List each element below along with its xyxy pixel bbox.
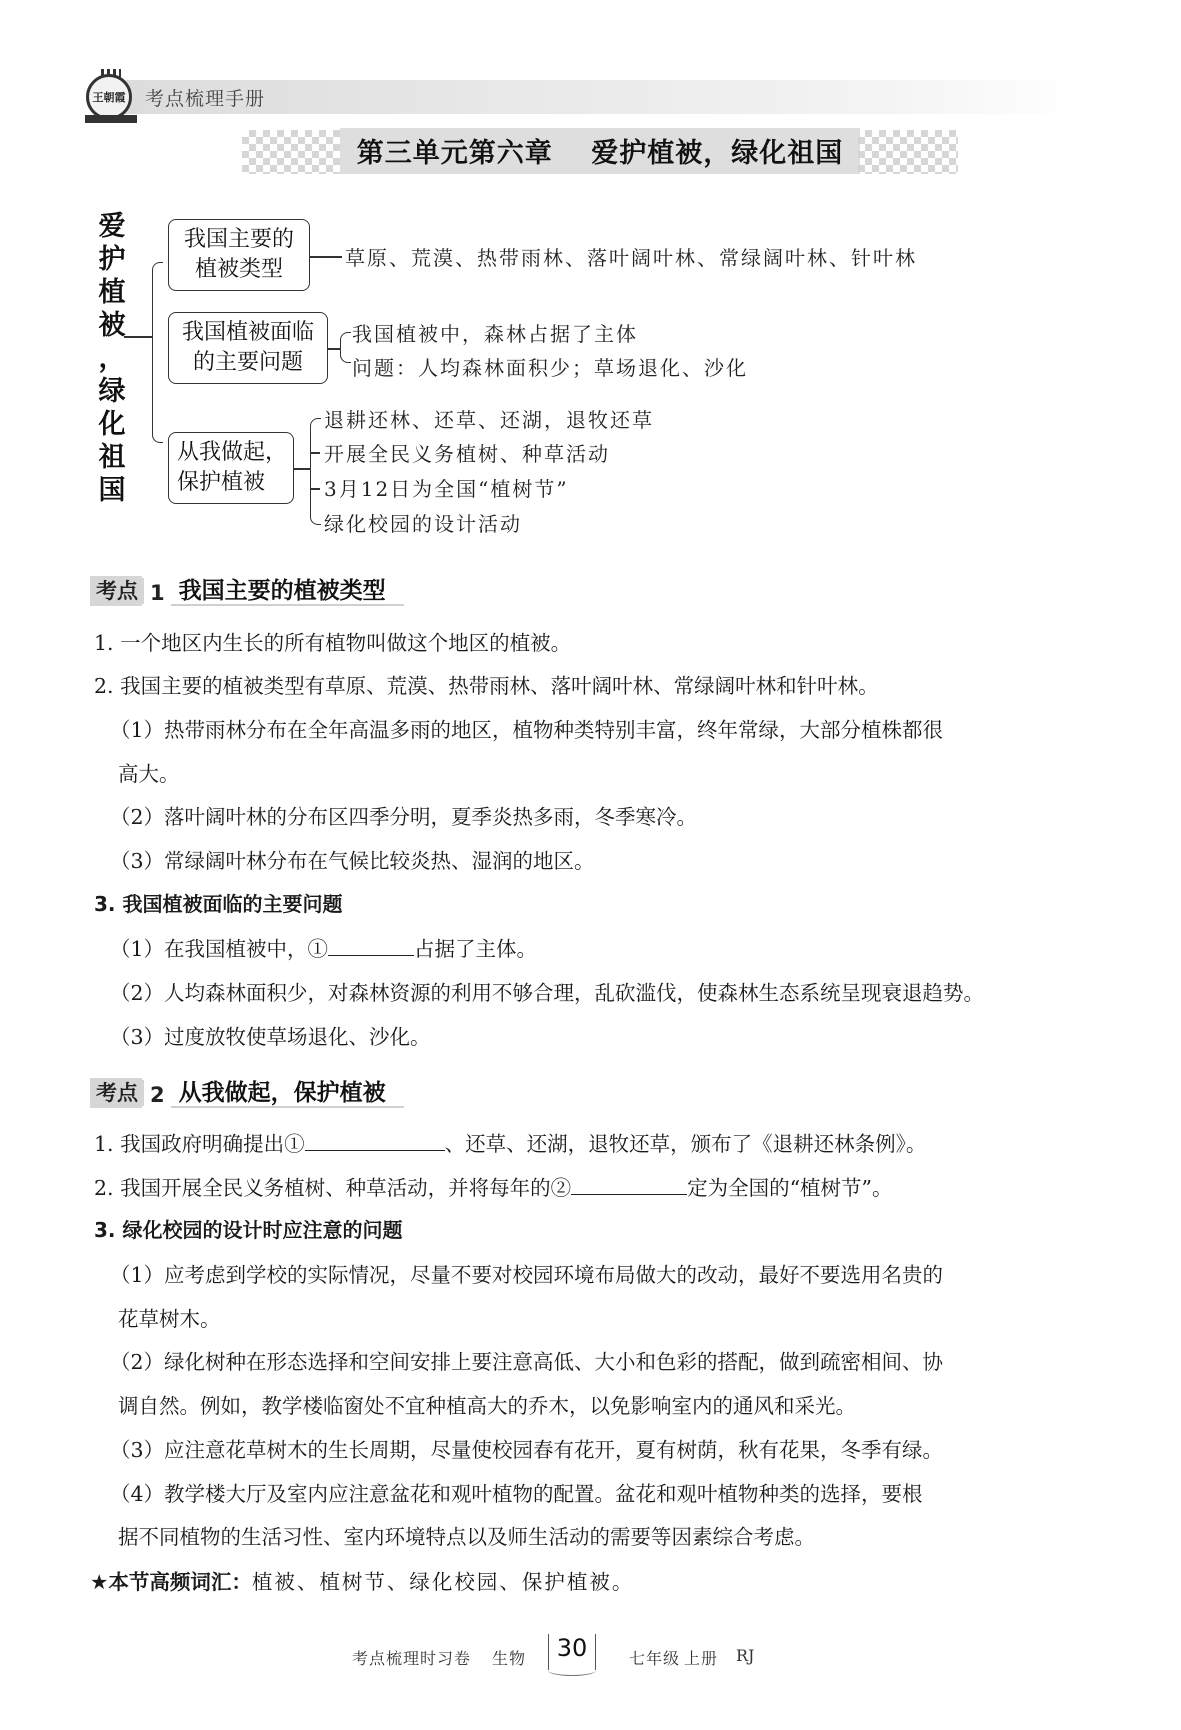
footer-grade: 七年级 bbox=[629, 1646, 680, 1669]
mindmap-root-title: 爱 护 植 被 ， 绿 化 祖 国 bbox=[92, 210, 132, 507]
vocab-label: ★本节高频词汇： bbox=[90, 1570, 252, 1594]
branch2-bracket-top bbox=[340, 332, 351, 349]
s2-line-11: 据不同植物的生活习性、室内环境特点以及师生活动的需要等因素综合考虑。 bbox=[118, 1520, 815, 1550]
leaf-problems: 问题：人均森林面积少；草场退化、沙化 bbox=[352, 352, 748, 381]
footer-volume: 上册 bbox=[684, 1646, 718, 1669]
s1-line-4: 高大。 bbox=[118, 757, 180, 787]
leaf-return-farmland: 退耕还林、还草、还湖，退牧还草 bbox=[324, 404, 654, 433]
s2-subheading-campus: 3. 绿化校园的设计时应注意的问题 bbox=[94, 1214, 402, 1243]
s2-line-5: （1）应考虑到学校的实际情况，尽量不要对校园环境布局做大的改动，最好不要选用名贵… bbox=[110, 1258, 943, 1288]
fill-blank-returning-farmland[interactable] bbox=[305, 1130, 445, 1151]
s1-line-fill-1: （1）在我国植被中，①占据了主体。 bbox=[110, 932, 537, 962]
page-footer: 考点梳理时习卷 生物 30 七年级 上册 RJ bbox=[0, 1634, 1181, 1674]
footer-edition: RJ bbox=[736, 1646, 754, 1665]
s1-line-2: 2. 我国主要的植被类型有草原、荒漠、热带雨林、落叶阔叶林、常绿阔叶林和针叶林。 bbox=[94, 669, 879, 699]
s1-subheading-problems: 3. 我国植被面临的主要问题 bbox=[94, 888, 342, 917]
leaf-tree-planting: 开展全民义务植树、种草活动 bbox=[324, 438, 610, 467]
s2-line-8: 调自然。例如，教学楼临窗处不宜种植高大的乔木，以免影响室内的通风和采光。 bbox=[118, 1389, 856, 1419]
leaf-vegetation-list: 草原、荒漠、热带雨林、落叶阔叶林、常绿阔叶林、针叶林 bbox=[345, 242, 917, 271]
s2-line-fill-2: 2. 我国开展全民义务植树、种草活动，并将每年的②定为全国的“植树节”。 bbox=[94, 1171, 893, 1201]
s2-line-9: （3）应注意花草树木的生长周期，尽量使校园春有花开，夏有树荫，秋有花果，冬季有绿… bbox=[110, 1433, 943, 1463]
fill-blank-1[interactable] bbox=[328, 935, 414, 956]
s2-line-fill-1: 1. 我国政府明确提出①、还草、还湖，退牧还草，颁布了《退耕还林条例》。 bbox=[94, 1127, 926, 1157]
trunk-bottom bbox=[152, 336, 163, 443]
s1-line-5: （2）落叶阔叶林的分布区四季分明，夏季炎热多雨，冬季寒冷。 bbox=[110, 800, 697, 830]
section-2-header: 考点 2 从我做起，保护植被 bbox=[90, 1078, 404, 1108]
s2-line-10: （4）教学楼大厅及室内应注意盆花和观叶植物的配置。盆花和观叶植物种类的选择，要根 bbox=[110, 1477, 923, 1507]
branch-vegetation-types: 我国主要的 植被类型 bbox=[168, 219, 310, 291]
header-title: 考点梳理手册 bbox=[145, 84, 265, 111]
s1-line-9: （3）过度放牧使草场退化、沙化。 bbox=[110, 1020, 431, 1050]
s1-line-1: 1. 一个地区内生长的所有植物叫做这个地区的植被。 bbox=[94, 626, 571, 656]
s2-line-6: 花草树木。 bbox=[118, 1302, 221, 1332]
logo-text: 王朝霞 bbox=[93, 89, 126, 105]
root-connector bbox=[124, 336, 152, 338]
branch2-bracket-bottom bbox=[340, 348, 351, 363]
branch3-bracket-top bbox=[310, 418, 321, 469]
trunk-top bbox=[152, 262, 163, 337]
branch-main-problems: 我国植被面临 的主要问题 bbox=[168, 312, 328, 384]
leaf-forest-dominant: 我国植被中，森林占据了主体 bbox=[352, 318, 638, 347]
page-number: 30 bbox=[548, 1634, 596, 1670]
branch3-tick-2 bbox=[310, 452, 320, 454]
s1-line-6: （3）常绿阔叶林分布在气候比较炎热、湿润的地区。 bbox=[110, 844, 595, 874]
banner-checker-left bbox=[242, 130, 342, 174]
leaf-campus-greening: 绿化校园的设计活动 bbox=[324, 508, 522, 537]
section-1-header: 考点 1 我国主要的植被类型 bbox=[90, 576, 404, 606]
branch2-connector bbox=[328, 348, 340, 350]
vocab-value: 植被、植树节、绿化校园、保护植被。 bbox=[252, 1570, 635, 1594]
s1-line-3: （1）热带雨林分布在全年高温多雨的地区，植物种类特别丰富，终年常绿，大部分植株都… bbox=[110, 713, 943, 743]
footer-subject: 生物 bbox=[492, 1646, 526, 1669]
chapter-title: 第三单元第六章 爱护植被，绿化祖国 bbox=[340, 131, 860, 170]
s2-line-7: （2）绿化树种在形态选择和空间安排上要注意高低、大小和色彩的搭配，做到疏密相间、… bbox=[110, 1345, 943, 1375]
s1-line-8: （2）人均森林面积少，对森林资源的利用不够合理，乱砍滥伐，使森林生态系统呈现衰退… bbox=[110, 976, 984, 1006]
publisher-logo: 王朝霞 bbox=[86, 74, 132, 120]
banner-checker-right bbox=[858, 130, 958, 174]
high-frequency-vocab: ★本节高频词汇：植被、植树节、绿化校园、保护植被。 bbox=[90, 1565, 634, 1595]
fill-blank-arbor-day[interactable] bbox=[571, 1174, 687, 1195]
branch3-bracket-bottom bbox=[310, 468, 321, 525]
leaf-arbor-day: 3月12日为全国“植树节” bbox=[324, 473, 569, 502]
branch1-connector bbox=[310, 256, 342, 258]
branch-protect-vegetation: 从我做起， 保护植被 bbox=[168, 432, 294, 504]
footer-book: 考点梳理时习卷 bbox=[352, 1646, 471, 1669]
branch3-tick-3 bbox=[310, 488, 320, 490]
branch3-connector bbox=[294, 468, 310, 470]
